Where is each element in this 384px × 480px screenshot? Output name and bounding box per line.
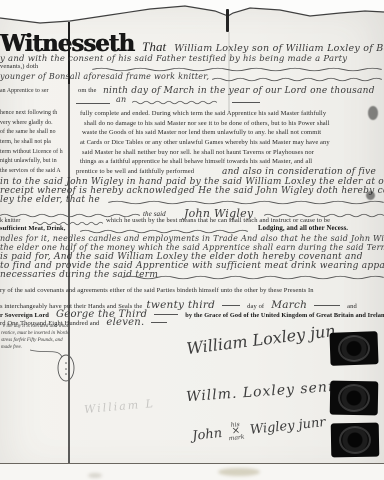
document-line: ley the elder, that he (0, 195, 100, 205)
heading-witnesseth: Witnesseth (0, 30, 134, 57)
document-line: ndles for it, needles candles and employ… (0, 234, 384, 243)
line-fragment: term without Licence of h (0, 149, 63, 155)
line-fragment: things as a faithful apprentice he shall… (80, 158, 312, 165)
paper-smudge (88, 473, 102, 478)
line-fragment: k knitter (0, 218, 20, 224)
line-fragment: sufficient Meat, Drink, (0, 225, 65, 232)
ink-blot (366, 191, 375, 200)
line-fragment: at Cards or Dice Tables or any other unl… (80, 139, 330, 146)
scan-background (0, 464, 384, 480)
document-top-edge (0, 0, 384, 32)
document-line: younger of Bonsall aforesaid frame work … (0, 72, 209, 81)
paper-smudge (218, 468, 260, 476)
line-fragment: said Master he shall neither buy nor sel… (82, 149, 314, 156)
line-fragment: and also in consideration of five (222, 167, 376, 177)
line-fragment: waste the Goods of his said Master nor l… (82, 129, 321, 136)
line-fragment: shall do no damage to his said Master no… (84, 120, 330, 127)
line-fragment: prentice to be well and faithfully perfo… (76, 168, 194, 175)
line-fragment: the services of the said A (0, 168, 61, 174)
line-fragment: om the (78, 87, 96, 94)
document-line: venants,) doth (0, 63, 38, 70)
line-fragment: ninth day of March in the year of our Lo… (103, 86, 375, 96)
flourish-dash (151, 322, 167, 323)
wax-seal-3 (331, 423, 380, 458)
marginal-note-line: made free. (1, 345, 22, 350)
flourish-squiggle (212, 76, 382, 82)
flourish-dash (232, 102, 260, 103)
line-fragment: an Apprentice to ser (0, 88, 49, 94)
line-fragment: night unlawfully, but in (0, 158, 57, 164)
line-fragment: very where gladly do. (0, 120, 53, 126)
heading-row: Witnesseth That William Loxley son of Wi… (0, 30, 384, 57)
notary-circle-flourish (30, 344, 84, 388)
flourish-squiggle (122, 274, 384, 280)
wax-seal-2 (330, 381, 379, 416)
marginal-note-line: e the day it is executed and what (3, 324, 68, 329)
flourish-squiggle (132, 99, 217, 105)
ink-blot (368, 106, 378, 120)
signature-first-name: John (192, 426, 223, 444)
document-line: y and with the consent of his said Fathe… (0, 54, 347, 64)
line-fragment: fully complete and ended. During which t… (80, 110, 326, 117)
handwritten-year: eleven. (106, 317, 144, 328)
marginal-note-line: rentice, must be inserted in Words (1, 331, 69, 336)
line-fragment: of the same he shall no (0, 129, 56, 135)
heading-that: That (142, 39, 166, 55)
flourish-squiggle (108, 199, 384, 205)
line-fragment: which he useth by the best means that he… (106, 217, 330, 224)
document-line: ry of the said covenants and agreements … (0, 287, 314, 294)
document-line: the elder one half of the money which th… (0, 243, 384, 252)
mark-label: mark (229, 435, 245, 442)
scanned-indenture-document: Witnesseth That William Loxley son of Wi… (0, 0, 384, 480)
his-mark-cross: his × mark (227, 422, 245, 442)
heading-party-names: William Loxley son of William Loxley of … (174, 43, 384, 54)
line-fragment: term, he shall not pla (0, 139, 51, 145)
line-fragment: Lodging, and all other Necess. (258, 225, 348, 232)
marginal-note-line: stress forfeit Fifty Pounds, and (1, 338, 63, 343)
line-fragment: by the Grace of God of the United Kingdo… (185, 312, 384, 319)
line-fragment: hence next following th (0, 110, 57, 116)
flourish-dash (76, 103, 110, 104)
inserted-word: an (116, 95, 126, 104)
tear-mark (226, 9, 229, 32)
wax-seal-1 (329, 331, 378, 366)
